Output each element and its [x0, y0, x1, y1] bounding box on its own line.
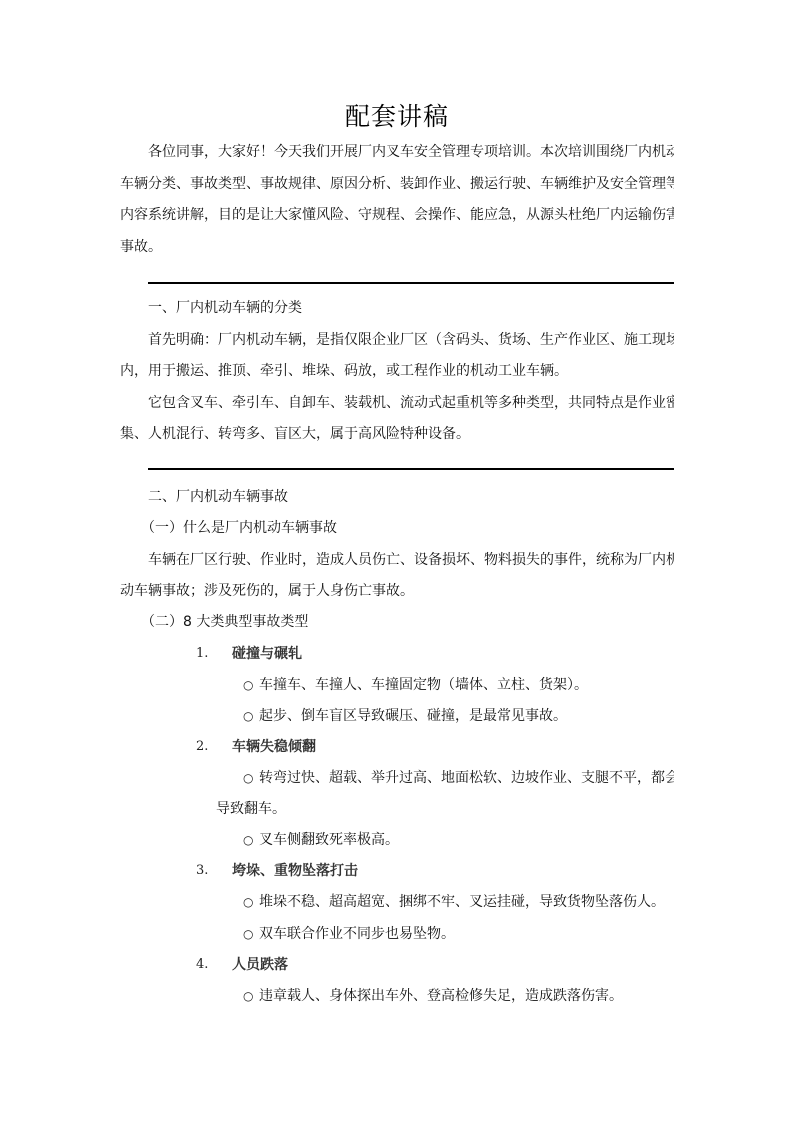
intro-line-1: 各位同事，大家好！今天我们开展厂内叉车安全管理专项培训。本次培训围绕厂内机动: [148, 142, 674, 162]
list-number: 4.: [196, 955, 208, 975]
bullet-text: 叉车侧翻致死率极高。: [259, 830, 399, 850]
list-item-title: 人员跌落: [232, 955, 288, 975]
bullet-circle-icon: ○: [243, 924, 253, 944]
bullet-text: 违章载人、身体探出车外、登高检修失足，造成跌落伤害。: [259, 986, 623, 1006]
document-page: 配套讲稿 各位同事，大家好！今天我们开展厂内叉车安全管理专项培训。本次培训围绕厂…: [0, 0, 794, 1123]
section1-para2-line-1: 它包含叉车、牵引车、自卸车、装载机、流动式起重机等多种类型，共同特点是作业密: [148, 393, 674, 413]
intro-line-2: 车辆分类、事故类型、事故规律、原因分析、装卸作业、搬运行驶、车辆维护及安全管理等: [120, 174, 674, 194]
section2-sub1-line-1: 车辆在厂区行驶、作业时，造成人员伤亡、设备损坏、物料损失的事件，统称为厂内机: [148, 550, 674, 570]
bullet-text-continuation: 导致翻车。: [216, 799, 286, 819]
bullet-text: 堆垛不稳、超高超宽、捆绑不牢、叉运挂碰，导致货物坠落伤人。: [259, 892, 665, 912]
bullet-text: 车撞车、车撞人、车撞固定物（墙体、立柱、货架）。: [259, 675, 588, 695]
bullet-circle-icon: ○: [243, 892, 253, 912]
document-title: 配套讲稿: [120, 100, 674, 134]
section1-heading: 一、厂内机动车辆的分类: [148, 298, 674, 318]
list-item-title: 垮垛、重物坠落打击: [232, 861, 358, 881]
bullet-text: 起步、倒车盲区导致碾压、碰撞，是最常见事故。: [259, 706, 567, 726]
section1-para1-line-1: 首先明确：厂内机动车辆，是指仅限企业厂区（含码头、货场、生产作业区、施工现场）: [148, 330, 674, 350]
section2-heading: 二、厂内机动车辆事故: [148, 487, 674, 507]
section1-para2-line-2: 集、人机混行、转弯多、盲区大，属于高风险特种设备。: [120, 424, 674, 444]
intro-line-4: 事故。: [120, 237, 674, 257]
list-number: 3.: [196, 861, 208, 881]
list-item-title: 碰撞与碾轧: [232, 644, 302, 664]
list-item-title: 车辆失稳倾翻: [232, 737, 316, 757]
horizontal-rule-2: [148, 468, 674, 470]
section1-para1-line-2: 内，用于搬运、推顶、牵引、堆垛、码放，或工程作业的机动工业车辆。: [120, 361, 674, 381]
bullet-circle-icon: ○: [243, 986, 253, 1006]
horizontal-rule-1: [148, 282, 674, 284]
bullet-circle-icon: ○: [243, 675, 253, 695]
bullet-circle-icon: ○: [243, 706, 253, 726]
section2-sub1-heading: （一）什么是厂内机动车辆事故: [141, 518, 695, 538]
section2-sub2-heading: （二）8 大类典型事故类型: [141, 612, 695, 632]
bullet-circle-icon: ○: [243, 830, 253, 850]
list-number: 1.: [196, 644, 208, 664]
list-number: 2.: [196, 737, 208, 757]
bullet-text: 双车联合作业不同步也易坠物。: [259, 924, 455, 944]
bullet-circle-icon: ○: [243, 768, 253, 788]
bullet-text: 转弯过快、超载、举升过高、地面松软、边坡作业、支腿不平，都会: [259, 768, 674, 788]
intro-line-3: 内容系统讲解，目的是让大家懂风险、守规程、会操作、能应急，从源头杜绝厂内运输伤害: [120, 205, 674, 225]
section2-sub1-line-2: 动车辆事故；涉及死伤的，属于人身伤亡事故。: [120, 581, 674, 601]
